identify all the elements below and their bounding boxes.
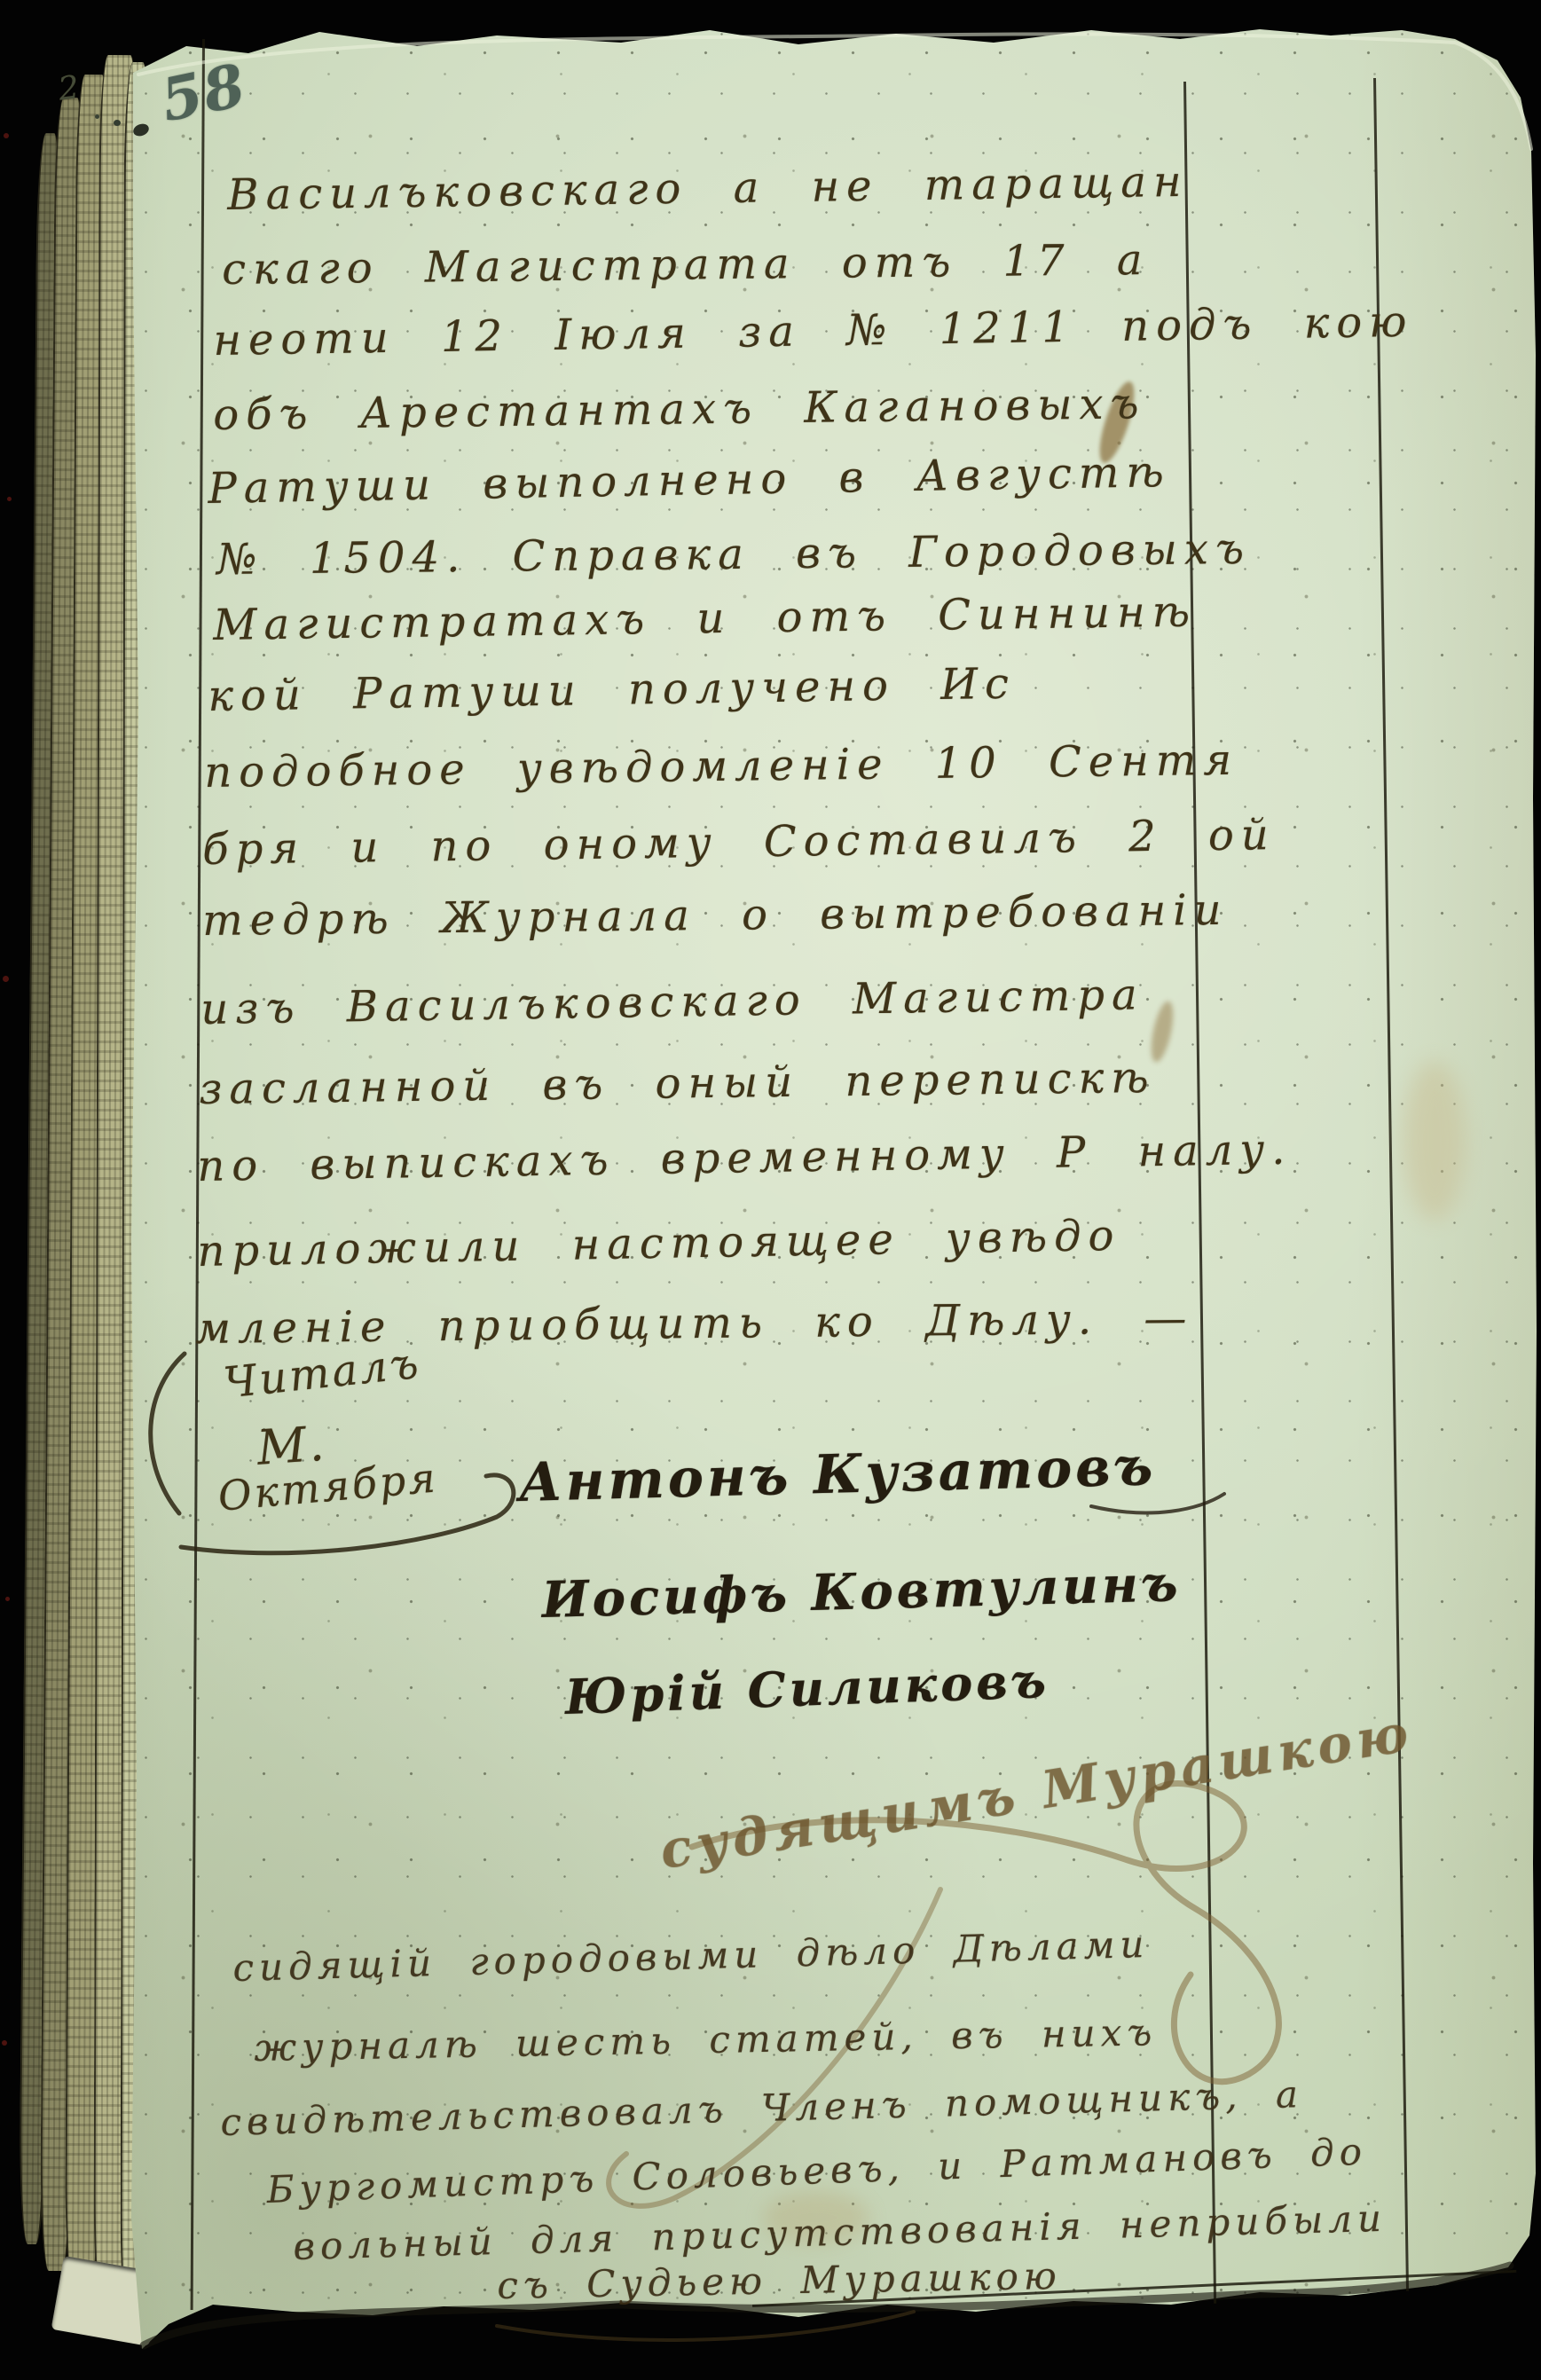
- handwriting-line: подобное увѣдомленіе 10 Сентя: [204, 739, 1238, 794]
- page-number: 58: [156, 55, 251, 130]
- ink-blot: [114, 120, 121, 126]
- handwriting-line: объ Арестантахъ Кагановыхъ: [213, 382, 1146, 436]
- handwriting-line: Василъковскаго а не таращан: [227, 161, 1189, 216]
- handwriting-line: тедрѣ Журнала о вытребованіи: [202, 889, 1229, 942]
- handwriting-line: засланной въ оный перепискѣ: [199, 1056, 1156, 1111]
- ink-blot: [95, 114, 99, 119]
- under-page-number: 2: [57, 72, 81, 106]
- signature-line: Иосифъ Ковтулинъ: [541, 1559, 1182, 1625]
- film-speck: [7, 497, 12, 501]
- handwriting-line: скаго Магистрата отъ 17 а: [222, 239, 1150, 291]
- signature-line: Антонъ Кузатовъ: [518, 1440, 1157, 1510]
- film-speck: [3, 976, 9, 982]
- handwriting-line: мленіе приобщить ко Дѣлу. —: [195, 1297, 1194, 1350]
- film-speck: [4, 133, 9, 138]
- handwriting-line: № 1504. Справка въ Городовыхъ: [216, 528, 1251, 581]
- handwriting-line: кой Ратуши получено Ис: [208, 663, 1016, 718]
- last-line-underline: [497, 2312, 914, 2340]
- handwriting-line: Магистратахъ и отъ Синнинѣ: [213, 591, 1197, 647]
- handwriting-line: съ Судьею Мурашкою: [497, 2258, 1062, 2305]
- photograph-background: Василъковскаго а не таращанскаго Магистр…: [0, 0, 1541, 2380]
- film-speck: [2, 2040, 7, 2046]
- film-speck: [5, 1597, 10, 1601]
